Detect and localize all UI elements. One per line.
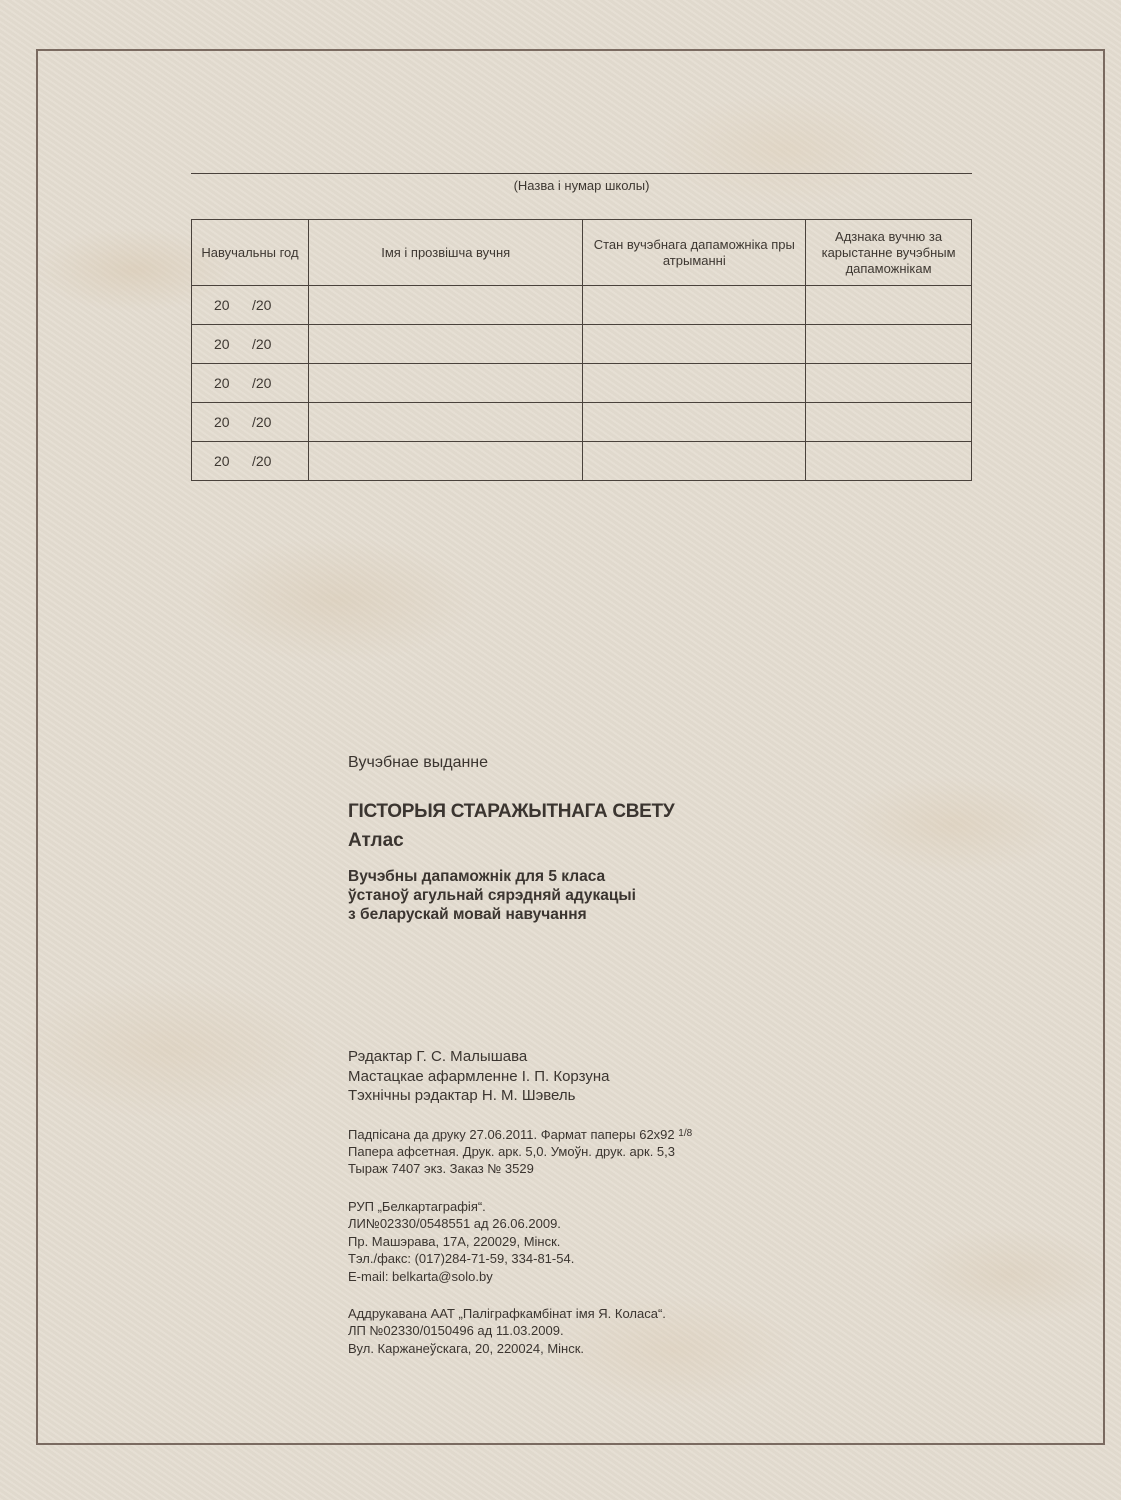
table-row: 20/20 [192, 286, 972, 325]
header-student-name: Імя і прозвішча вучня [308, 220, 583, 286]
student-name-cell[interactable] [308, 403, 583, 442]
publisher-name: РУП „Белкартаграфія“. [348, 1198, 574, 1215]
mark-cell[interactable] [806, 442, 972, 481]
signed-text: Падпісана да друку 27.06.2011. Фармат па… [348, 1127, 675, 1142]
condition-cell[interactable] [583, 325, 806, 364]
credit-editor: Рэдактар Г. С. Малышава [348, 1047, 609, 1067]
year-start: 20 [214, 336, 252, 352]
textbook-usage-table: Навучальны год Імя і прозвішча вучня Ста… [191, 219, 972, 481]
academic-year-cell[interactable]: 20/20 [192, 442, 309, 481]
mark-cell[interactable] [806, 364, 972, 403]
print-specifications: Падпісана да друку 27.06.2011. Фармат па… [348, 1125, 692, 1177]
mark-cell[interactable] [806, 286, 972, 325]
year-start: 20 [214, 453, 252, 469]
publisher-email: E-mail: belkarta@solo.by [348, 1268, 574, 1285]
student-name-cell[interactable] [308, 364, 583, 403]
book-imprint: Вучэбнае выданне ГІСТОРЫЯ СТАРАЖЫТНАГА С… [348, 754, 808, 924]
academic-year-cell[interactable]: 20/20 [192, 403, 309, 442]
academic-year-cell[interactable]: 20/20 [192, 364, 309, 403]
publisher-address: Пр. Машэрава, 17А, 220029, Мінск. [348, 1233, 574, 1250]
year-end: /20 [252, 375, 271, 391]
year-end: /20 [252, 414, 271, 430]
year-end: /20 [252, 297, 271, 313]
mark-cell[interactable] [806, 325, 972, 364]
student-name-cell[interactable] [308, 325, 583, 364]
year-start: 20 [214, 297, 252, 313]
condition-cell[interactable] [583, 286, 806, 325]
header-condition-on-receipt: Стан вучэбнага дапаможніка пры атрыманні [583, 220, 806, 286]
printer-address: Вул. Каржанеўскага, 20, 220024, Мінск. [348, 1340, 666, 1357]
publisher-phone: Тэл./факс: (017)284-71-59, 334-81-54. [348, 1250, 574, 1267]
publisher-license: ЛИ№02330/0548551 ад 26.06.2009. [348, 1215, 574, 1232]
description-line: з беларускай мовай навучання [348, 905, 808, 924]
student-name-cell[interactable] [308, 442, 583, 481]
school-name-field[interactable] [191, 173, 972, 174]
header-academic-year: Навучальны год [192, 220, 309, 286]
table-row: 20/20 [192, 325, 972, 364]
table-row: 20/20 [192, 364, 972, 403]
table-row: 20/20 [192, 442, 972, 481]
student-name-cell[interactable] [308, 286, 583, 325]
editorial-credits: Рэдактар Г. С. Малышава Мастацкае афармл… [348, 1047, 609, 1106]
printer-info: Аддрукавана ААТ „Паліграфкамбінат імя Я.… [348, 1305, 666, 1357]
header-usage-mark: Адзнака вучню за карыстанне вучэбным дап… [806, 220, 972, 286]
condition-cell[interactable] [583, 442, 806, 481]
printer-license: ЛП №02330/0150496 ад 11.03.2009. [348, 1322, 666, 1339]
academic-year-cell[interactable]: 20/20 [192, 286, 309, 325]
year-start: 20 [214, 414, 252, 430]
print-run: Тыраж 7407 экз. Заказ № 3529 [348, 1160, 692, 1177]
year-end: /20 [252, 336, 271, 352]
description-line: Вучэбны дапаможнік для 5 класа [348, 867, 808, 886]
academic-year-cell[interactable]: 20/20 [192, 325, 309, 364]
signed-for-print: Падпісана да друку 27.06.2011. Фармат па… [348, 1125, 692, 1143]
table-header-row: Навучальны год Імя і прозвішча вучня Ста… [192, 220, 972, 286]
condition-cell[interactable] [583, 364, 806, 403]
condition-cell[interactable] [583, 403, 806, 442]
book-description: Вучэбны дапаможнік для 5 класа ўстаноў а… [348, 867, 808, 924]
school-name-caption: (Назва і нумар школы) [191, 178, 972, 193]
paper-info: Папера афсетная. Друк. арк. 5,0. Умоўн. … [348, 1143, 692, 1160]
printer-name: Аддрукавана ААТ „Паліграфкамбінат імя Я.… [348, 1305, 666, 1322]
book-subtitle: Атлас [348, 830, 808, 852]
mark-cell[interactable] [806, 403, 972, 442]
table-row: 20/20 [192, 403, 972, 442]
edition-type: Вучэбнае выданне [348, 754, 808, 772]
book-title: ГІСТОРЫЯ СТАРАЖЫТНАГА СВЕТУ [348, 801, 808, 823]
publisher-info: РУП „Белкартаграфія“. ЛИ№02330/0548551 а… [348, 1198, 574, 1285]
credit-art-design: Мастацкае афармленне І. П. Корзуна [348, 1067, 609, 1087]
year-end: /20 [252, 453, 271, 469]
credit-technical-editor: Тэхнічны рэдактар Н. М. Шэвель [348, 1086, 609, 1106]
description-line: ўстаноў агульнай сярэдняй адукацыі [348, 886, 808, 905]
year-start: 20 [214, 375, 252, 391]
format-fraction: 1/8 [678, 1128, 692, 1139]
